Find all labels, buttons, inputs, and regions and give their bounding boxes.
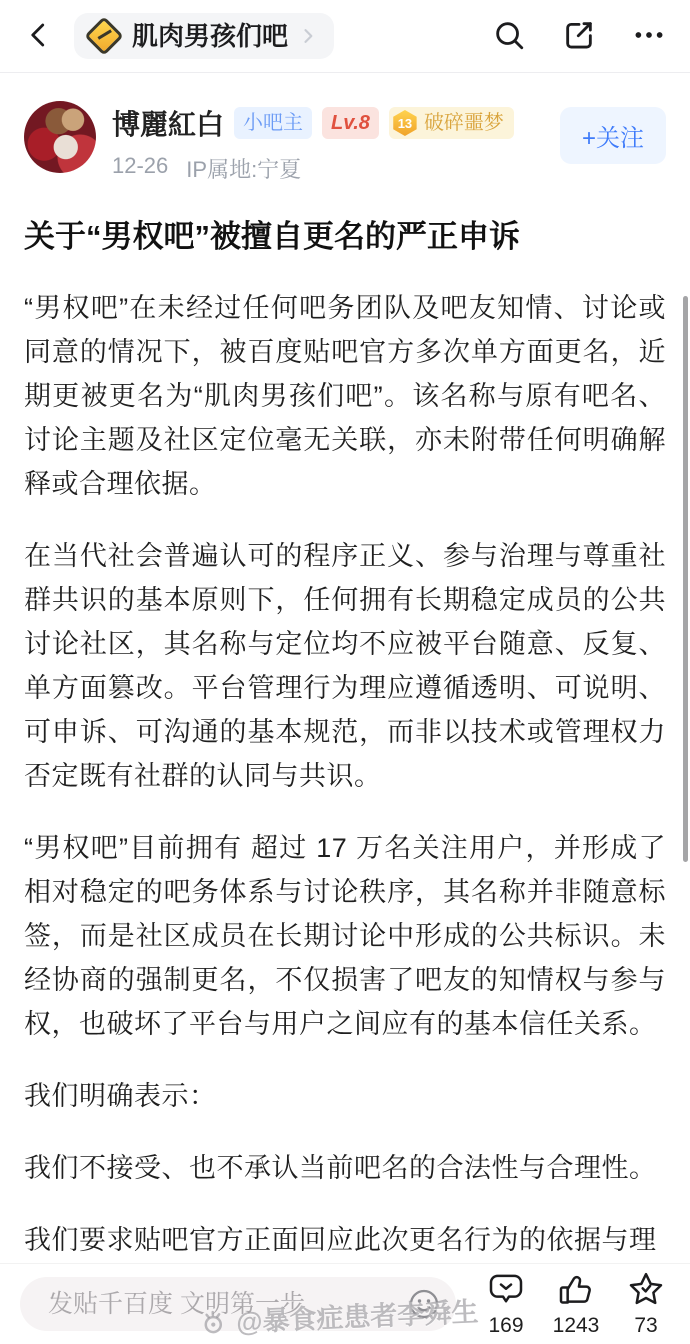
forum-avatar-icon xyxy=(84,16,124,56)
thumbs-up-icon xyxy=(556,1270,596,1313)
favorite-button[interactable]: 73 xyxy=(626,1270,666,1338)
search-button[interactable] xyxy=(492,18,526,55)
forum-name: 肌肉男孩们吧 xyxy=(132,23,288,49)
emoji-smiley-icon[interactable] xyxy=(406,1286,442,1322)
author-info: 博麗紅白 小吧主 Lv.8 13 破碎噩梦 12-26 IP属地:宁夏 xyxy=(112,101,514,184)
share-icon xyxy=(562,18,596,55)
post-paragraph: 我们明确表示： xyxy=(24,1074,666,1118)
back-button[interactable] xyxy=(24,20,54,53)
forum-title-badge: 13 破碎噩梦 xyxy=(389,107,514,139)
favorite-count: 73 xyxy=(634,1314,657,1338)
comment-button[interactable]: 169 xyxy=(486,1270,526,1338)
gem-level-icon: 13 xyxy=(392,110,418,136)
comment-count: 169 xyxy=(488,1314,523,1338)
post-paragraph: 我们不接受、也不承认当前吧名的合法性与合理性。 xyxy=(24,1146,666,1190)
post-actions: 169 1243 73 xyxy=(486,1270,670,1338)
post-body: “男权吧”在未经过任何吧务团队及吧友知情、讨论或同意的情况下，被百度贴吧官方多次… xyxy=(0,286,690,1262)
like-count: 1243 xyxy=(553,1314,600,1338)
author-name[interactable]: 博麗紅白 xyxy=(112,103,224,143)
forum-title-badge-label: 破碎噩梦 xyxy=(424,113,504,133)
scrollbar-thumb[interactable] xyxy=(683,296,688,862)
post-paragraph: “男权吧”在未经过任何吧务团队及吧友知情、讨论或同意的情况下，被百度贴吧官方多次… xyxy=(24,286,666,506)
more-button[interactable] xyxy=(632,18,666,55)
author-avatar[interactable] xyxy=(24,101,96,173)
ip-location: IP属地:宁夏 xyxy=(186,153,301,184)
back-chevron-icon xyxy=(24,20,54,53)
post-paragraph: 我们要求贴吧官方正面回应此次更名行为的依据与理 xyxy=(24,1218,666,1262)
post-paragraph: 在当代社会普遍认可的程序正义、参与治理与尊重社群共识的基本原则下，任何拥有长期稳… xyxy=(24,534,666,798)
like-button[interactable]: 1243 xyxy=(553,1270,600,1338)
top-nav-bar: 肌肉男孩们吧 xyxy=(0,0,690,72)
follow-button[interactable]: +关注 xyxy=(560,107,666,164)
post-title: 关于“男权吧”被擅自更名的严正申诉 xyxy=(24,216,666,258)
bottom-action-bar: 169 1243 73 xyxy=(0,1264,690,1344)
post-author-header: 博麗紅白 小吧主 Lv.8 13 破碎噩梦 12-26 IP属地:宁夏 +关注 xyxy=(0,73,690,184)
post-paragraph: “男权吧”目前拥有 超过 17 万名关注用户，并形成了相对稳定的吧务体系与讨论秩… xyxy=(24,826,666,1046)
forum-link-pill[interactable]: 肌肉男孩们吧 xyxy=(74,13,334,59)
search-icon xyxy=(492,18,526,55)
moderator-badge: 小吧主 xyxy=(234,107,312,139)
more-ellipsis-icon xyxy=(632,18,666,55)
chevron-right-icon xyxy=(298,26,318,46)
share-button[interactable] xyxy=(562,18,596,55)
reply-input[interactable] xyxy=(46,1289,406,1320)
post-date: 12-26 xyxy=(112,153,168,184)
star-check-icon xyxy=(626,1270,666,1313)
comment-bubble-icon xyxy=(486,1270,526,1313)
reply-composer[interactable] xyxy=(20,1277,456,1331)
level-badge: Lv.8 xyxy=(322,107,379,139)
